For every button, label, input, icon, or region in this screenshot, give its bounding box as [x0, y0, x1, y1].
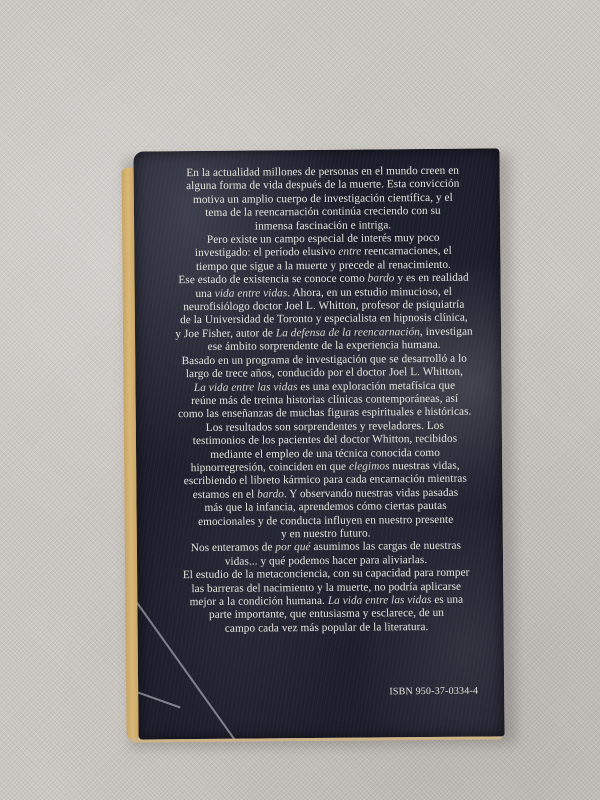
blurb-line: parte importante, que entusiasma y escla… — [171, 607, 481, 623]
blurb-line: emocionales y de conducta influyen en nu… — [171, 513, 481, 529]
paperback-book: En la actualidad millones de personas en… — [121, 148, 504, 739]
blurb-line: Nos enteramos de por qué asumimos las ca… — [171, 540, 481, 556]
blurb-paragraph: En la actualidad millones de personas en… — [168, 165, 479, 235]
italic-phrase: por qué — [275, 541, 310, 553]
blurb-paragraph: El estudio de la metaconciencia, con su … — [171, 567, 482, 637]
cover-crease — [138, 692, 181, 708]
blurb-paragraph: Los resultados son sorprendentes y revel… — [170, 419, 481, 542]
blurb-paragraph: Basado en un programa de investigación q… — [169, 352, 480, 422]
italic-phrase: La vida entre las vidas — [328, 594, 432, 607]
blurb-paragraph: Pero existe un campo especial de interés… — [168, 232, 479, 355]
blurb-paragraph: Nos enteramos de por qué asumimos las ca… — [171, 540, 481, 570]
back-cover-blurb: En la actualidad millones de personas en… — [168, 165, 482, 637]
italic-phrase: La defensa de la reencarnación — [276, 326, 420, 339]
blurb-line: tema de la reencarnación continúa crecie… — [168, 205, 478, 221]
italic-phrase: entre — [338, 246, 361, 258]
blurb-line: campo cada vez más popular de la literat… — [172, 620, 482, 636]
italic-phrase: La vida entre las vidas — [194, 381, 298, 394]
italic-phrase: bardo — [257, 488, 284, 500]
italic-phrase: bardo — [368, 273, 395, 285]
italic-phrase: vida entre vidas — [215, 287, 288, 300]
back-cover: En la actualidad millones de personas en… — [133, 148, 504, 739]
photo-scene: En la actualidad millones de personas en… — [0, 0, 600, 800]
isbn-number: ISBN 950-37-0334-4 — [389, 686, 478, 698]
italic-phrase: elegimos — [349, 460, 390, 472]
